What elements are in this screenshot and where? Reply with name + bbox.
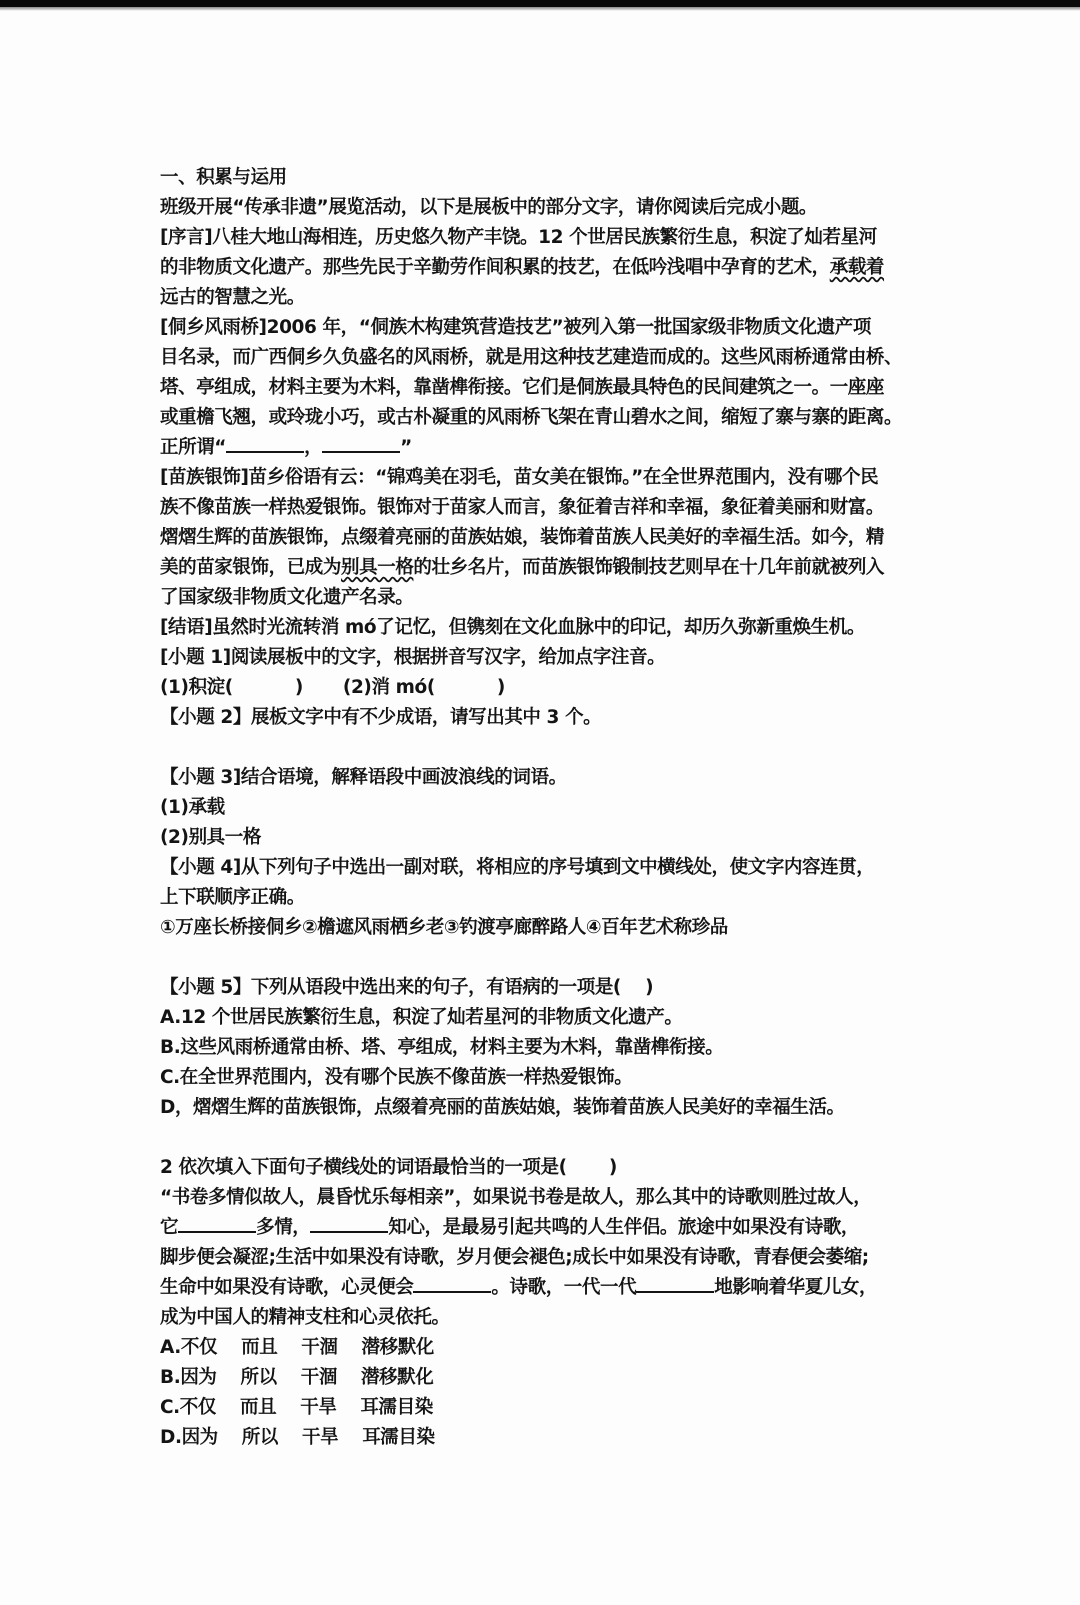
bridge-paragraph: [侗乡风雨桥]2006 年，“侗族木构建筑营造技艺”被列入第一批国家级非物质文化… [160,313,920,463]
couplet-blank-1[interactable] [226,433,304,453]
text-span: 它 [160,1217,178,1238]
question2-line: 成为中国人的精神支柱和心灵依托。 [160,1303,920,1333]
couplet-blank-line: 正所谓“，” [160,433,920,463]
option-label: D.因为 [160,1423,218,1453]
q4-prompt: 【小题 4]从下列句子中选出一副对联，将相应的序号填到文中横线处，使文字内容连贯… [160,853,920,883]
option-word: 干旱 [302,1423,338,1453]
q5-option-d[interactable]: D，熠熠生辉的苗族银饰，点缀着亮丽的苗族姑娘，装饰着苗族人民美好的幸福生活。 [160,1093,920,1123]
bridge-line: [侗乡风雨桥]2006 年，“侗族木构建筑营造技艺”被列入第一批国家级非物质文化… [160,313,920,343]
question2-option-a[interactable]: A.不仅而且干涸潜移默化 [160,1333,920,1363]
option-word: 潜移默化 [362,1333,434,1363]
fill-blank-2[interactable] [310,1213,388,1233]
q2-answer-space[interactable] [160,733,920,763]
option-label: A.不仅 [160,1333,217,1363]
spacer [160,1123,920,1153]
spacer [160,943,920,973]
silver-line: 美的苗家银饰，已成为别具一格的壮乡名片，而苗族银饰锻制技艺则早在十几年前就被列入 [160,553,920,583]
question2-option-d[interactable]: D.因为所以干旱耳濡目染 [160,1423,920,1453]
question2-line: 脚步便会凝涩;生活中如果没有诗歌，岁月便会褪色;成长中如果没有诗歌，青春便会萎缩… [160,1243,920,1273]
option-word: 干旱 [300,1393,336,1423]
text-span: 美的苗家银饰，已成为 [160,557,341,578]
q1-item-1: (1)积淀( [160,677,233,698]
exam-page: 一、积累与运用 班级开展“传承非遗”展览活动，以下是展板中的部分文字，请你阅读后… [160,163,920,1453]
option-label: C.不仅 [160,1393,216,1423]
question2-option-b[interactable]: B.因为所以干涸潜移默化 [160,1363,920,1393]
q3-prompt: 【小题 3]结合语境，解释语段中画波浪线的词语。 [160,763,920,793]
q1-item-2: (2)消 mó( [343,677,435,698]
text-span: ) [497,677,505,698]
question2-option-c[interactable]: C.不仅而且干旱耳濡目染 [160,1393,920,1423]
option-word: 耳濡目染 [362,1423,434,1453]
text-span: ) [295,677,303,698]
text-span: 多情， [256,1217,310,1238]
option-word: 而且 [241,1333,277,1363]
preface-line: [序言]八桂大地山海相连，历史悠久物产丰饶。12 个世居民族繁衍生息，积淀了灿若… [160,223,920,253]
text-span: 知心，是最易引起共鸣的人生伴侣。旅途中如果没有诗歌， [388,1217,859,1238]
option-word: 潜移默化 [361,1363,433,1393]
q4-options: ①万座长桥接侗乡②檐遮风雨栖乡老③钓渡亭廊醉路人④百年艺术称珍品 [160,913,920,943]
option-word: 所以 [241,1363,277,1393]
question2-line: “书卷多情似故人，晨昏忧乐每相亲”，如果说书卷是故人，那么其中的诗歌则胜过故人， [160,1183,920,1213]
q3-item-1: (1)承载 [160,793,920,823]
preface-line: 远古的智慧之光。 [160,283,920,313]
fill-blank-3[interactable] [413,1273,491,1293]
question2-prompt: 2 依次填入下面句子横线处的词语最恰当的一项是( ) [160,1153,920,1183]
intro-text: 班级开展“传承非遗”展览活动，以下是展板中的部分文字，请你阅读后完成小题。 [160,193,920,223]
wavy-underlined-word: 承载着 [830,257,884,278]
preface-line: 的非物质文化遗产。那些先民于辛勤劳作间积累的技艺，在低吟浅唱中孕育的艺术，承载着 [160,253,920,283]
bridge-line: 塔、亭组成，材料主要为木料，靠凿榫衔接。它们是侗族最具特色的民间建筑之一。一座座 [160,373,920,403]
option-word: 而且 [240,1393,276,1423]
bridge-line: 或重檐飞翘，或玲珑小巧，或古朴凝重的风雨桥飞架在青山碧水之间，缩短了寨与寨的距离… [160,403,920,433]
silver-line: 族不像苗族一样热爱银饰。银饰对于苗家人而言，象征着吉祥和幸福，象征着美丽和财富。 [160,493,920,523]
text-span: 正所谓“ [160,437,226,458]
text-span: 地影响着华夏儿女， [714,1277,877,1298]
text-span: 的壮乡名片，而苗族银饰锻制技艺则早在十几年前就被列入 [413,557,884,578]
q2-prompt: 【小题 2】展板文字中有不少成语，请写出其中 3 个。 [160,703,920,733]
text-span: 生命中如果没有诗歌，心灵便会 [160,1277,413,1298]
q4-prompt-cont: 上下联顺序正确。 [160,883,920,913]
silver-paragraph: [苗族银饰]苗乡俗语有云：“锦鸡美在羽毛，苗女美在银饰。”在全世界范围内，没有哪… [160,463,920,613]
silver-line: 熠熠生辉的苗族银饰，点缀着亮丽的苗族姑娘，装饰着苗族人民美好的幸福生活。如今，精 [160,523,920,553]
bridge-line: 目名录，而广西侗乡久负盛名的风雨桥，就是用这种技艺建造而成的。这些风雨桥通常由桥… [160,343,920,373]
option-label: B.因为 [160,1363,217,1393]
wavy-underlined-word: 别具一格 [341,557,413,578]
option-word: 耳濡目染 [360,1393,432,1423]
option-word: 干涸 [301,1363,337,1393]
section-title: 一、积累与运用 [160,163,920,193]
fill-blank-1[interactable] [178,1213,256,1233]
q3-item-2: (2)别具一格 [160,823,920,853]
q5-prompt: 【小题 5】下列从语段中选出来的句子，有语病的一项是( ) [160,973,920,1003]
preface-paragraph: [序言]八桂大地山海相连，历史悠久物产丰饶。12 个世居民族繁衍生息，积淀了灿若… [160,223,920,313]
q5-option-a[interactable]: A.12 个世居民族繁衍生息，积淀了灿若星河的非物质文化遗产。 [160,1003,920,1033]
question2-line: 生命中如果没有诗歌，心灵便会。诗歌，一代一代地影响着华夏儿女， [160,1273,920,1303]
q1-items: (1)积淀()(2)消 mó() [160,673,920,703]
q5-option-c[interactable]: C.在全世界范围内，没有哪个民族不像苗族一样热爱银饰。 [160,1063,920,1093]
silver-line: 了国家级非物质文化遗产名录。 [160,583,920,613]
q1-prompt: [小题 1]阅读展板中的文字，根据拼音写汉字，给加点字注音。 [160,643,920,673]
couplet-blank-2[interactable] [322,433,400,453]
q5-option-b[interactable]: B.这些风雨桥通常由桥、塔、亭组成，材料主要为木料，靠凿榫衔接。 [160,1033,920,1063]
text-span: 。诗歌，一代一代 [491,1277,636,1298]
text-span: ” [400,437,412,458]
fill-blank-4[interactable] [636,1273,714,1293]
text-span: ， [304,437,322,458]
option-word: 干涸 [301,1333,337,1363]
top-edge-shadow [0,7,1080,11]
silver-line: [苗族银饰]苗乡俗语有云：“锦鸡美在羽毛，苗女美在银饰。”在全世界范围内，没有哪… [160,463,920,493]
option-word: 所以 [242,1423,278,1453]
top-edge-bar [0,0,1080,7]
text-span: 的非物质文化遗产。那些先民于辛勤劳作间积累的技艺，在低吟浅唱中孕育的艺术， [160,257,830,278]
question2-line: 它多情，知心，是最易引起共鸣的人生伴侣。旅途中如果没有诗歌， [160,1213,920,1243]
conclusion-text: [结语]虽然时光流转消 mó了记忆，但镌刻在文化血脉中的印记，却历久弥新重焕生机… [160,613,920,643]
